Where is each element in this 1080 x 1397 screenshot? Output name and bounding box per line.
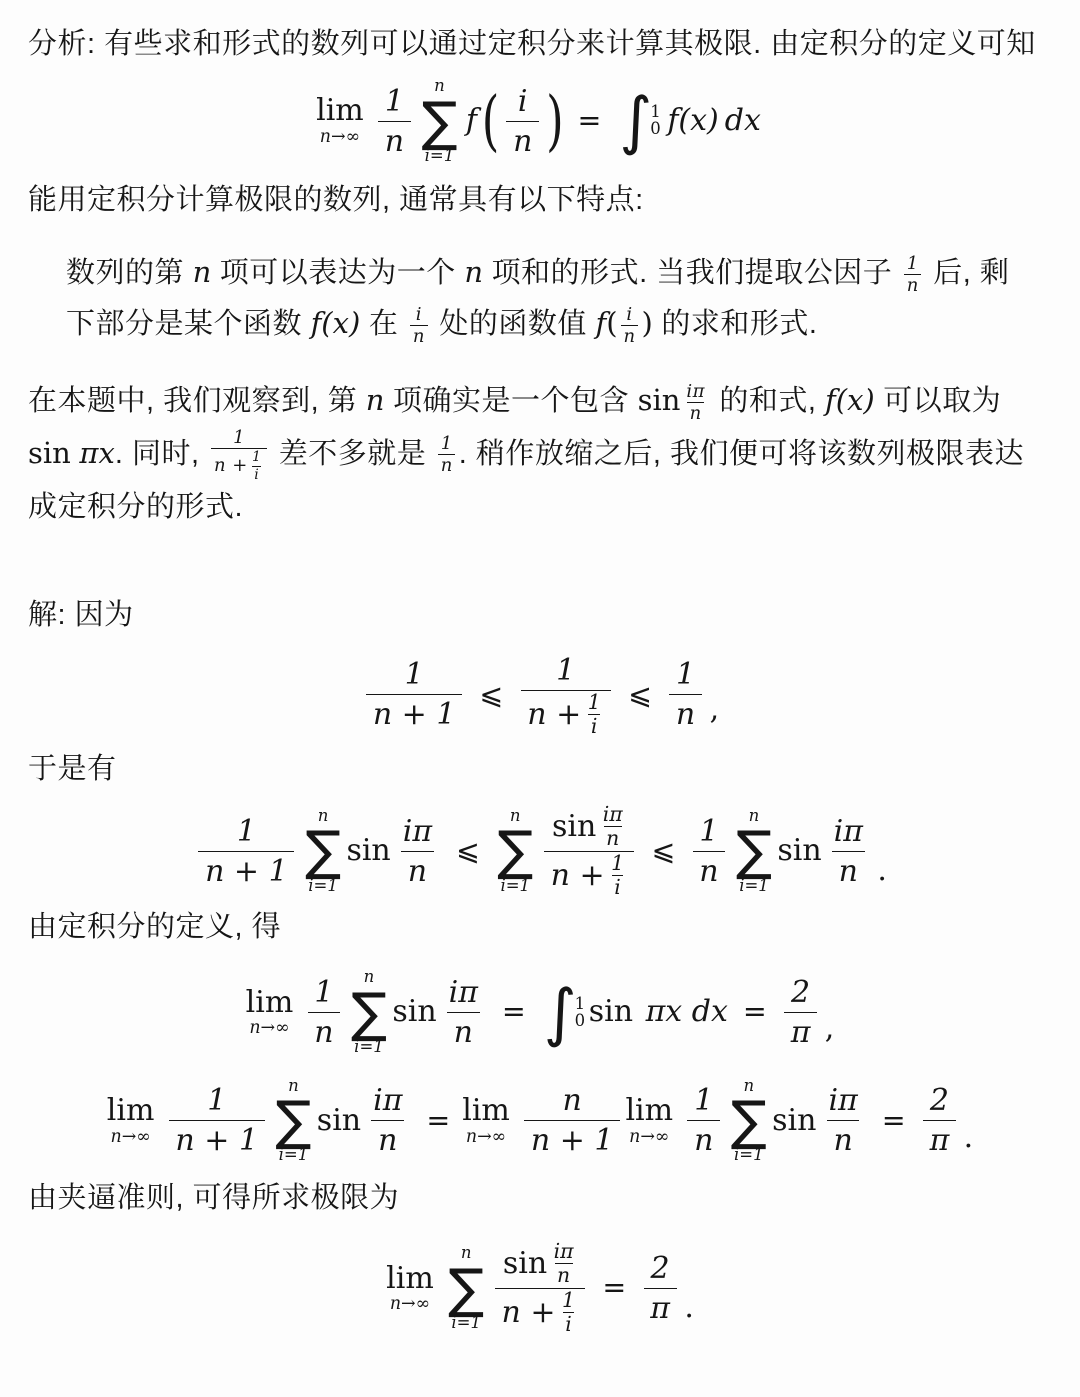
sum-lower: i=1 [500,876,530,897]
arrow-infinity: →∞ [261,1019,290,1038]
comma: , [825,1011,835,1058]
sin-operator: sin [392,994,436,1030]
denominator: n + 1 [198,851,294,891]
denominator: n [832,851,865,891]
sin-operator: sin [552,807,596,846]
var-n: n [193,255,212,289]
numerator: 1 [308,973,340,1012]
text-run: 由夹逼准则, 可得所求极限为 [28,1182,399,1214]
limit-block: limn→∞ [386,1263,434,1314]
formula-limit-product: limn→∞ 1n + 1 n∑i=1 sin iπn = limn→∞ nn … [28,1076,1052,1166]
sum-lower: i=1 [354,1037,384,1058]
var-n: n [366,383,385,417]
sum-lower: i=1 [279,1145,309,1166]
limit-block: limn→∞ [316,95,364,146]
sin-operator: sin [346,833,390,869]
numerator: 1 [250,449,264,466]
integral-block: ∫10 [544,986,585,1040]
right-paren: ) [641,306,652,340]
denominator: n [447,1012,480,1052]
lim-operator: lim [386,1263,434,1295]
inline-fraction: iπn [684,381,708,424]
numerator: iπ [827,812,870,851]
summation-block: n∑i=1 [305,806,341,896]
sigma-symbol: ∑ [275,1096,311,1145]
numerator: 2 [923,1081,955,1120]
text-run: 有些求和形式的数列可以通过定积分来计算其极限. 由定积分的定义可知 [96,28,1036,60]
denominator: n [401,851,434,891]
numerator: 2 [784,973,816,1012]
sum-lower: i=1 [425,146,455,167]
denominator: n [506,121,539,161]
fraction: iπn [396,812,439,891]
text-run: 数列的第 [66,257,193,289]
document-page: 分析: 有些求和形式的数列可以通过定积分来计算其极限. 由定积分的定义可知 li… [0,0,1080,1337]
text-run: 在本题中, 我们观察到, 第 [28,385,366,417]
numerator: 1 [904,253,921,274]
numerator: 1 [398,655,430,694]
summation-block: n∑i=1 [731,1076,767,1166]
sigma-symbol: ∑ [736,826,772,875]
var-f: f [595,306,606,340]
sin-operator: sin [317,1103,361,1139]
denominator: n [371,1120,404,1160]
integral-block: ∫10 [619,94,660,148]
sin-operator: sin [638,383,681,417]
text-run: 项和的形式. 当我们提取公因子 [483,257,901,289]
denominator: n [308,1012,341,1052]
numerator: 1 [688,1081,720,1120]
arrow-infinity: →∞ [401,1295,430,1314]
denominator: n [604,826,622,850]
numerator: 1 [585,691,603,714]
numerator: iπ [551,1240,576,1263]
fraction: siniπnn +1i [495,1240,585,1337]
denominator: n +1i [495,1288,585,1337]
numerator: iπ [396,812,439,851]
fx-token: f(x) [311,306,361,340]
fraction: iπn [827,812,870,891]
limit-block: limn→∞ [107,1095,155,1146]
var-f: f [466,103,477,139]
text-run: 能用定积分计算极限的数列, 通常具有以下特点: [28,184,644,216]
fraction: 1n [693,812,726,891]
sigma-symbol: ∑ [421,97,457,146]
leq-sign: ⩽ [628,678,652,712]
text-run: 解: 因为 [28,599,134,631]
dx-token: dx [725,103,761,139]
arrow-infinity: →∞ [331,128,360,147]
lim-subscript: n→∞ [110,1128,150,1147]
equals-sign: = [426,1104,450,1138]
period: . [964,1120,974,1167]
period: . [684,1290,694,1337]
pix-token: πx [79,436,114,470]
lim-operator: lim [107,1095,155,1127]
leq-sign: ⩽ [456,834,480,868]
integral-bounds: 10 [575,993,586,1032]
numerator: iπ [442,973,485,1012]
inline-fraction: in [410,304,427,347]
denominator: n [438,454,455,476]
leq-sign: ⩽ [479,678,503,712]
text-run: 处的函数值 [431,308,596,340]
denominator: i [563,1312,574,1336]
sum-lower: i=1 [739,876,769,897]
var-n: n [629,1128,640,1147]
nested-fraction: 1i [585,691,603,739]
numerator: iπ [684,381,708,402]
sum-lower: i=1 [734,1145,764,1166]
integral-lower: 0 [650,121,661,138]
numerator: n [556,1081,589,1120]
sum-lower: i=1 [451,1313,481,1334]
sin-operator: sin [28,436,71,470]
denominator: n +1i [211,448,267,483]
sigma-symbol: ∑ [731,1096,767,1145]
numerator: 1 [693,812,725,851]
n-plus-token: n + [502,1293,556,1332]
var-n: n [249,1019,260,1038]
text-run: 由定积分的定义, 得 [28,911,281,943]
summation-block: n∑i=1 [448,1243,484,1333]
lim-operator: lim [625,1095,673,1127]
nested-fraction: iπn [600,803,625,851]
equals-sign: = [743,995,767,1029]
lim-subscript: n→∞ [390,1295,430,1314]
fraction: 2π [644,1249,677,1328]
integral-lower: 0 [575,1013,586,1030]
fraction: siniπnn +1i [544,803,634,900]
lim-subscript: n→∞ [466,1128,506,1147]
lim-subscript: n→∞ [249,1019,289,1038]
fraction: nn + 1 [524,1081,620,1160]
sigma-symbol: ∑ [448,1264,484,1313]
equals-sign: = [882,1104,906,1138]
limit-block: limn→∞ [246,987,294,1038]
numerator: i [413,304,425,325]
formula-sum-inequality: 1n + 1 n∑i=1 sin iπn ⩽ n∑i=1 siniπnn +1i… [28,803,1052,900]
para-features: 能用定积分计算极限的数列, 通常具有以下特点: [28,176,1052,226]
numerator: siniπn [545,803,632,851]
lim-operator: lim [462,1095,510,1127]
denominator: n +1i [544,851,634,900]
fraction: iπn [822,1081,865,1160]
denominator: i [588,714,599,738]
sin-operator: sin [772,1103,816,1139]
fraction: 1n [687,1081,720,1160]
formula-definition: limn→∞ 1n n∑i=1 f ( in ) = ∫10 f(x)dx [28,76,1052,166]
para-analysis: 分析: 有些求和形式的数列可以通过定积分来计算其极限. 由定积分的定义可知 [28,20,1052,70]
numerator: 1 [550,651,582,690]
fraction: 1n [669,655,702,734]
denominator: n + 1 [169,1120,265,1160]
inline-fraction: 1n [904,253,921,296]
numerator: 1 [438,433,455,454]
sin-operator: sin [503,1244,547,1283]
summation-block: n∑i=1 [275,1076,311,1166]
limit-block: limn→∞ [462,1095,510,1146]
n-plus-token: n + [527,695,581,734]
lim-subscript: n→∞ [320,128,360,147]
fraction: 1n +1i [521,651,611,739]
numerator: 1 [609,852,627,875]
denominator: n [687,402,704,424]
numerator: 1 [201,1081,233,1120]
sigma-symbol: ∑ [305,826,341,875]
denominator: n [693,851,726,891]
numerator: 2 [644,1249,676,1288]
nested-fraction: 1i [250,449,264,483]
denominator: n [555,1263,573,1287]
arrow-infinity: →∞ [477,1128,506,1147]
arrow-infinity: →∞ [122,1128,151,1147]
pix-dx-token: πx dx [646,994,728,1030]
equals-sign: = [602,1271,626,1305]
nested-fraction: iπn [551,1240,576,1288]
period: . [877,853,887,900]
denominator: n [904,274,921,296]
denominator: π [644,1288,677,1328]
text-run: 项可以表达为一个 [211,257,464,289]
para-observation: 在本题中, 我们观察到, 第 n 项确实是一个包含 siniπn 的和式, f(… [28,376,1052,533]
var-n: n [466,1128,477,1147]
text-run: 项确实是一个包含 [384,385,637,417]
nested-fraction: 1i [560,1289,578,1337]
equals-sign: = [502,995,526,1029]
sigma-symbol: ∑ [497,826,533,875]
denominator: n [410,325,427,347]
para-solution-label: 解: 因为 [28,591,1052,641]
denominator: π [923,1120,956,1160]
analysis-label: 分析: [28,28,96,60]
fraction: 1n [308,973,341,1052]
lim-subscript: n→∞ [629,1128,669,1147]
text-run: 可以取为 [875,385,1002,417]
sigma-symbol: ∑ [351,988,387,1037]
inline-fraction: in [621,304,638,347]
fx-token: f(x) [667,103,718,139]
fraction: 1n [378,82,411,161]
integral-symbol: ∫ [619,94,652,148]
arrow-infinity: →∞ [640,1128,669,1147]
fraction: iπn [367,1081,410,1160]
fraction: 1n + 1 [366,655,462,734]
fraction: iπn [442,973,485,1052]
var-n: n [390,1295,401,1314]
equals-sign: = [578,104,602,138]
denominator: π [784,1012,817,1052]
numerator: iπ [600,803,625,826]
integral-upper: 1 [650,104,661,121]
denominator: n [827,1120,860,1160]
sin-operator: sin [589,994,633,1030]
inline-fraction: 1n +1i [211,427,267,483]
summation-block: n∑i=1 [421,76,457,166]
integral-symbol: ∫ [544,986,577,1040]
text-run: 差不多就是 [270,438,435,470]
numerator: iπ [367,1081,410,1120]
formula-final: limn→∞ n∑i=1 siniπnn +1i = 2π . [28,1240,1052,1337]
sum-lower: i=1 [308,876,338,897]
lim-operator: lim [246,987,294,1019]
lim-operator: lim [316,95,364,127]
denominator: i [252,466,261,484]
denominator: n [378,121,411,161]
text-run: 的和式, [711,385,825,417]
denominator: i [612,875,623,899]
text-run: 的求和形式. [653,308,818,340]
fraction: 2π [923,1081,956,1160]
fraction: 2π [784,973,817,1052]
numerator: 1 [669,655,701,694]
var-n: n [110,1128,121,1147]
para-thus: 于是有 [28,745,1052,795]
denominator: n [687,1120,720,1160]
numerator: i [624,304,636,325]
denominator: n + 1 [524,1120,620,1160]
denominator: n + 1 [366,694,462,734]
integral-bounds: 10 [650,102,661,141]
numerator: 1 [378,82,410,121]
var-n: n [320,128,331,147]
fx-token: f(x) [825,383,875,417]
denominator: n +1i [521,690,611,739]
denominator: n [621,325,638,347]
numerator: siniπn [496,1240,583,1288]
numerator: 1 [560,1289,578,1312]
numerator: 1 [230,427,247,448]
denominator: n [669,694,702,734]
summation-block: n∑i=1 [351,967,387,1057]
n-plus-token: n + [551,856,605,895]
para-by-definition: 由定积分的定义, 得 [28,903,1052,953]
text-run: 于是有 [28,753,117,785]
comma: , [710,692,720,739]
limit-block: limn→∞ [625,1095,673,1146]
para-feature-detail: 数列的第 n 项可以表达为一个 n 项和的形式. 当我们提取公因子 1n 后, … [28,248,1052,350]
fraction: 1n + 1 [198,812,294,891]
fraction: 1n + 1 [169,1081,265,1160]
formula-limit-integral: limn→∞ 1n n∑i=1 sin iπn = ∫10 sin πx dx … [28,967,1052,1057]
sin-operator: sin [777,833,821,869]
numerator: 1 [230,812,262,851]
inline-fraction: 1n [438,433,455,476]
var-n: n [464,255,483,289]
integral-upper: 1 [575,996,586,1013]
nested-fraction: 1i [609,852,627,900]
left-paren: ( [606,306,617,340]
numerator: iπ [822,1081,865,1120]
text-run: 在 [360,308,407,340]
fraction: in [506,82,539,161]
numerator: i [511,82,534,121]
para-squeeze: 由夹逼准则, 可得所求极限为 [28,1174,1052,1224]
text-run: . 同时, [115,438,208,470]
leq-sign: ⩽ [651,834,675,868]
summation-block: n∑i=1 [736,806,772,896]
left-paren: ( [482,82,500,160]
summation-block: n∑i=1 [497,806,533,896]
n-plus-token: n + [214,455,248,476]
right-paren: ) [546,82,564,160]
formula-inequality: 1n + 1 ⩽ 1n +1i ⩽ 1n , [28,651,1052,739]
